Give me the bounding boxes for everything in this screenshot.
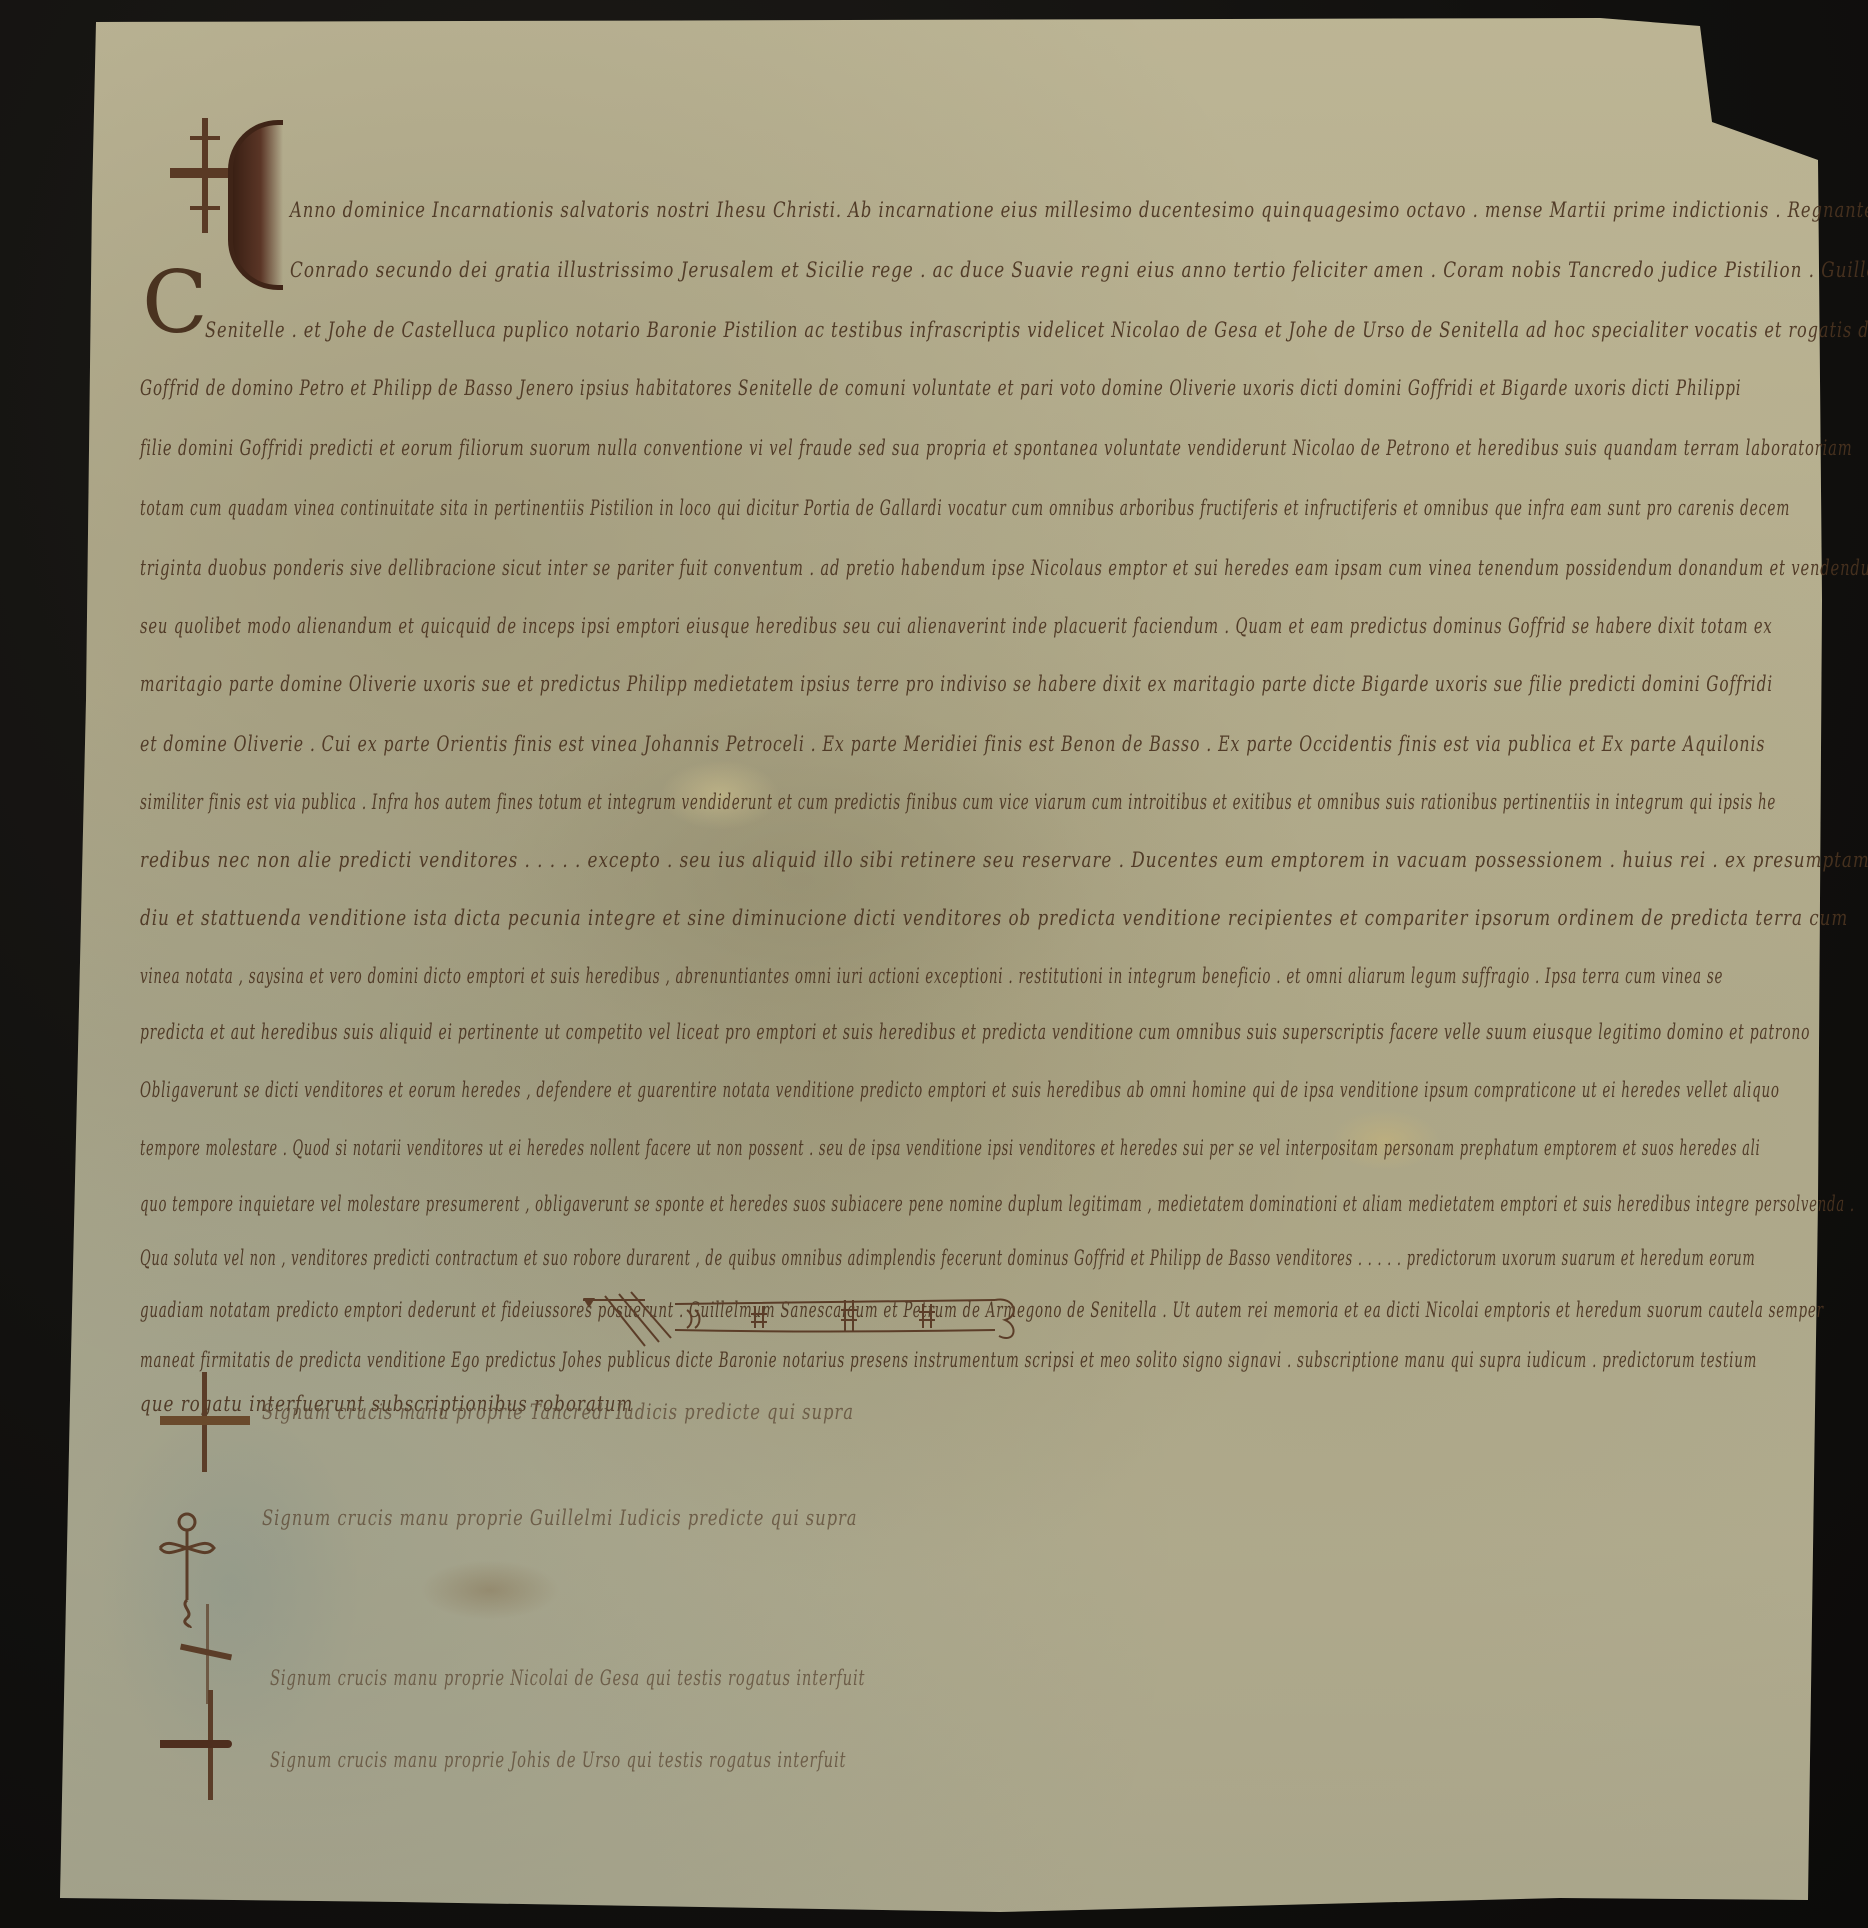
cross-mark-icon	[180, 1604, 240, 1704]
body-line: Goffrid de domino Petro et Philipp de Ba…	[140, 376, 1741, 400]
body-line: vinea notata , saysina et vero domini di…	[140, 964, 1723, 988]
body-line: maritagio parte domine Oliverie uxoris s…	[140, 672, 1773, 696]
body-line: seu quolibet modo alienandum et quicquid…	[140, 614, 1773, 638]
margin-initial: C	[142, 260, 208, 346]
body-line: Conrado secundo dei gratia illustrissimo…	[290, 258, 1868, 282]
cross-mark-icon	[160, 1372, 250, 1472]
subscription-line: Signum crucis manu proprie Johis de Urso…	[270, 1748, 846, 1772]
body-line: predicta et aut heredibus suis aliquid e…	[140, 1020, 1810, 1044]
decorated-initial	[228, 120, 283, 290]
body-line: filie domini Goffridi predicti et eorum …	[140, 436, 1852, 460]
subscription-line: Signum crucis manu proprie Guillelmi Iud…	[262, 1506, 858, 1530]
body-line: totam cum quadam vinea continuitate sita…	[140, 496, 1790, 520]
body-line: Qua soluta vel non , venditores predicti…	[140, 1246, 1756, 1270]
body-line: triginta duobus ponderis sive dellibraci…	[140, 556, 1868, 580]
body-line: tempore molestare . Quod si notarii vend…	[140, 1136, 1760, 1160]
cross-mark-icon	[160, 1690, 250, 1800]
body-line: quo tempore inquietare vel molestare pre…	[140, 1192, 1855, 1216]
notary-signum-icon	[575, 1286, 1030, 1356]
body-line: Anno dominice Incarnationis salvatoris n…	[290, 198, 1868, 222]
subscription-line: Signum crucis manu proprie Nicolai de Ge…	[270, 1666, 865, 1690]
body-line: Obligaverunt se dicti venditores et eoru…	[140, 1078, 1780, 1102]
body-line: redibus nec non alie predicti venditores…	[140, 848, 1868, 872]
body-line: diu et stattuenda venditione ista dicta …	[140, 906, 1848, 930]
body-line: et domine Oliverie . Cui ex parte Orient…	[140, 732, 1765, 756]
body-line: similiter finis est via publica . Infra …	[140, 790, 1776, 814]
body-line: Senitelle . et Johe de Castelluca puplic…	[205, 318, 1868, 342]
subscription-line: Signum crucis manu proprie Tancredi Iudi…	[262, 1400, 854, 1424]
water-stain	[420, 1560, 560, 1620]
